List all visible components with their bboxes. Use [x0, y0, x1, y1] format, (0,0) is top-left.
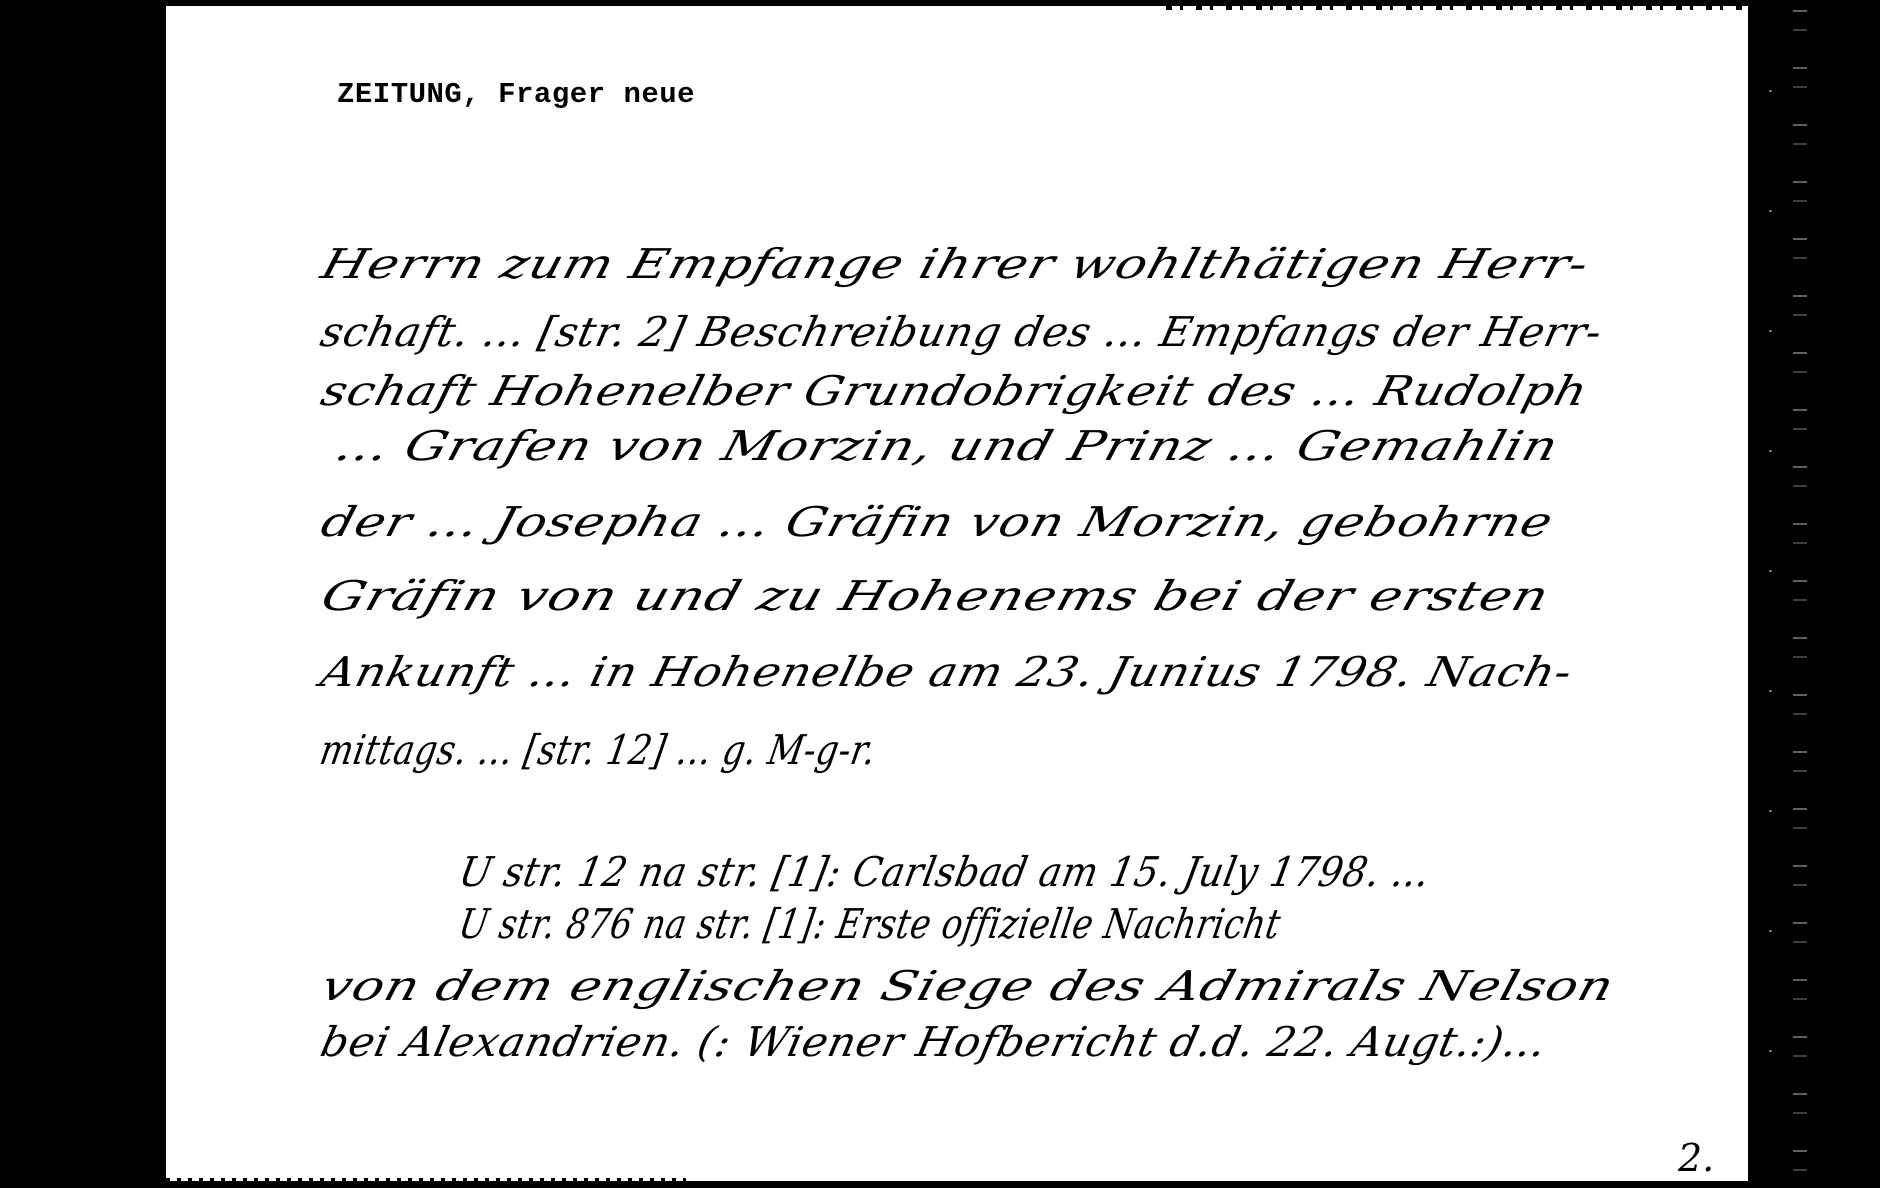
scan-background: ZEITUNG, Frager neue Herrn zum Empfange … [0, 0, 1880, 1188]
handwritten-line: Gräfin von und zu Hohenems bei der erste… [317, 576, 1554, 617]
handwritten-line: schaft. ... [str. 2] Beschreibung des ..… [317, 312, 1606, 353]
card-edge-bottom [166, 1178, 686, 1181]
handwritten-line: Ankunft ... in Hohenelbe am 23. Junius 1… [317, 652, 1576, 693]
handwritten-line: bei Alexandrien. (: Wiener Hofbericht d.… [317, 1022, 1550, 1063]
index-card: ZEITUNG, Frager neue Herrn zum Empfange … [166, 6, 1748, 1181]
card-heading: ZEITUNG, Frager neue [337, 78, 695, 111]
handwritten-line: ... Grafen von Morzin, und Prinz ... Gem… [331, 426, 1563, 467]
handwritten-note-line: U str. 876 na str. [1]: Erste offizielle… [456, 904, 1284, 945]
card-edge-top [1166, 6, 1880, 10]
handwritten-line: mittags. ... [str. 12] ... g. M-g-r. [317, 730, 879, 771]
handwritten-line: der ... Josepha ... Gräfin von Morzin, g… [317, 502, 1557, 543]
page-number: 2. [1678, 1136, 1714, 1180]
handwritten-line: Herrn zum Empfange ihrer wohlthätigen He… [317, 244, 1593, 285]
scanner-noise-strip [1793, 10, 1807, 1180]
handwritten-line: schaft Hohenelber Grundobrigkeit des ...… [317, 371, 1592, 412]
handwritten-note-line: U str. 12 na str. [1]: Carlsbad am 15. J… [456, 852, 1433, 893]
scanner-noise-strip-secondary [1769, 90, 1772, 1150]
handwritten-line: von dem englischen Siege des Admirals Ne… [317, 966, 1619, 1007]
